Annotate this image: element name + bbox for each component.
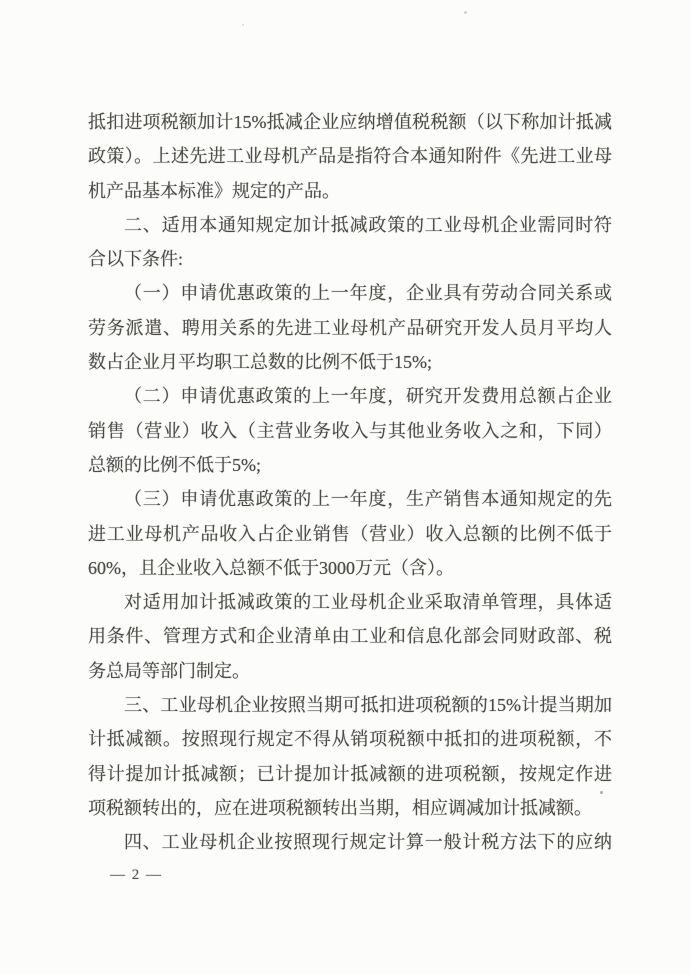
scan-speck xyxy=(464,11,467,14)
text-line: 总额的比例不低于5%; xyxy=(88,448,612,482)
text-line: 合以下条件: xyxy=(88,242,612,276)
text-line: （一）申请优惠政策的上一年度，企业具有劳动合同关系或 xyxy=(88,276,612,310)
text-line: 60%，且企业收入总额不低于3000万元（含）。 xyxy=(88,551,612,585)
document-body: 抵扣进项税额加计15%抵减企业应纳增值税税额（以下称加计抵减政策）。上述先进工业… xyxy=(88,105,612,860)
text-line: 劳务派遣、聘用关系的先进工业母机产品研究开发人员月平均人 xyxy=(88,311,612,345)
text-line: 销售（营业）收入（主营业务收入与其他业务收入之和，下同） xyxy=(88,414,612,448)
text-line: 二、适用本通知规定加计抵减政策的工业母机企业需同时符 xyxy=(88,208,612,242)
text-line: 计抵减额。按照现行规定不得从销项税额中抵扣的进项税额，不 xyxy=(88,722,612,756)
text-line: 项税额转出的，应在进项税额转出当期，相应调减加计抵减额。 xyxy=(88,791,612,825)
text-line: 用条件、管理方式和企业清单由工业和信息化部会同财政部、税 xyxy=(88,619,612,653)
text-line: 务总局等部门制定。 xyxy=(88,654,612,688)
text-line: （二）申请优惠政策的上一年度，研究开发费用总额占企业 xyxy=(88,379,612,413)
document-page: 抵扣进项税额加计15%抵减企业应纳增值税税额（以下称加计抵减政策）。上述先进工业… xyxy=(0,0,690,974)
page-number: — 2 — xyxy=(110,864,163,886)
scan-speck xyxy=(242,24,244,26)
text-line: 四、工业母机企业按照现行规定计算一般计税方法下的应纳 xyxy=(88,825,612,859)
text-line: 抵扣进项税额加计15%抵减企业应纳增值税税额（以下称加计抵减 xyxy=(88,105,612,139)
text-line: 三、工业母机企业按照当期可抵扣进项税额的15%计提当期加 xyxy=(88,688,612,722)
text-line: 进工业母机产品收入占企业销售（营业）收入总额的比例不低于 xyxy=(88,517,612,551)
text-line: 数占企业月平均职工总数的比例不低于15%; xyxy=(88,345,612,379)
text-line: 政策）。上述先进工业母机产品是指符合本通知附件《先进工业母 xyxy=(88,139,612,173)
text-line: 机产品基本标准》规定的产品。 xyxy=(88,174,612,208)
text-line: （三）申请优惠政策的上一年度，生产销售本通知规定的先 xyxy=(88,482,612,516)
text-line: 对适用加计抵减政策的工业母机企业采取清单管理，具体适 xyxy=(88,585,612,619)
text-line: 得计提加计抵减额；已计提加计抵减额的进项税额，按规定作进 xyxy=(88,757,612,791)
scan-speck xyxy=(600,791,603,794)
